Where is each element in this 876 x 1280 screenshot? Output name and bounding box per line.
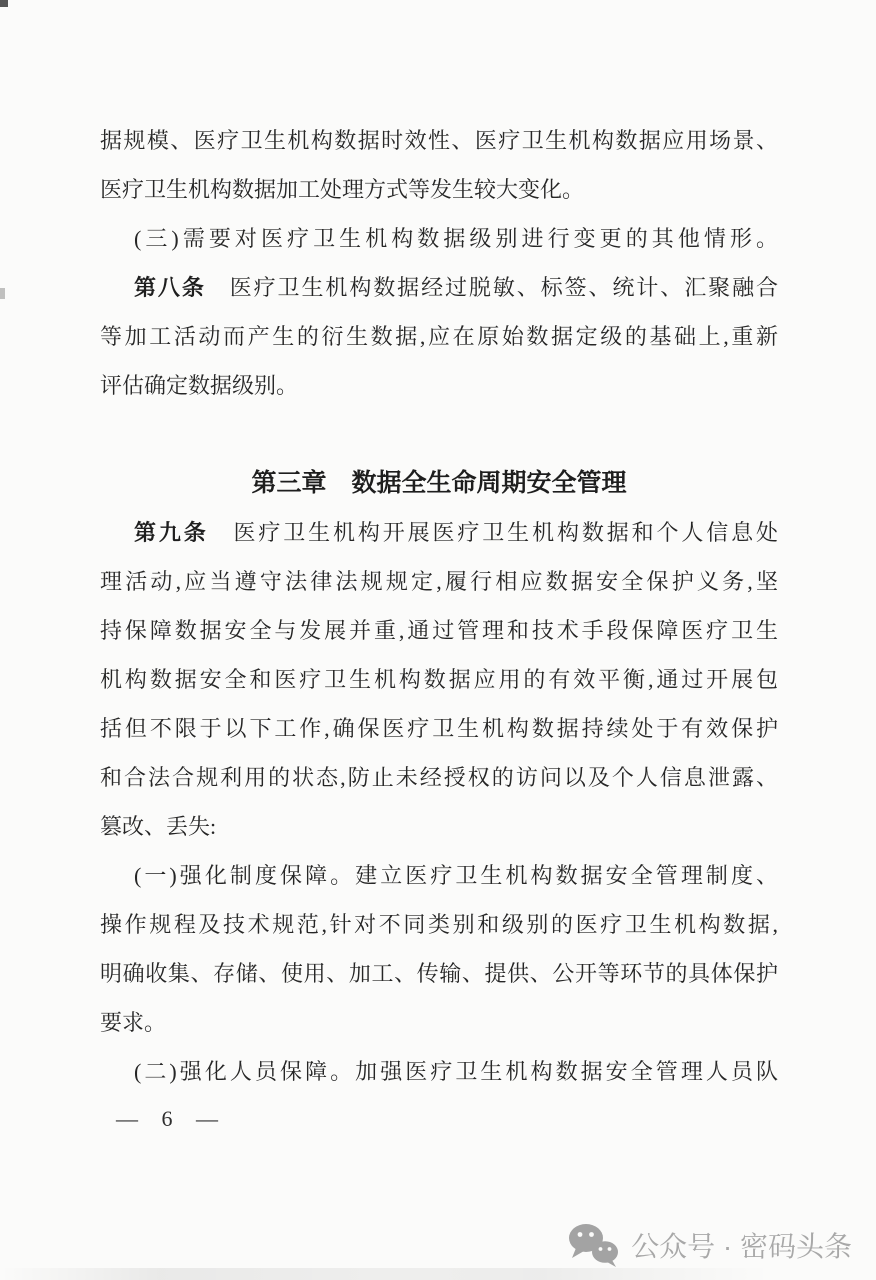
document-line: 要求。: [100, 998, 778, 1047]
document-line: 篡改、丢失:: [100, 802, 778, 851]
document-line: 第八条 医疗卫生机构数据经过脱敏、标签、统计、汇聚融合: [100, 263, 778, 312]
watermark-label: 公众号 · 密码头条: [631, 1225, 852, 1265]
document-line: 明确收集、存储、使用、加工、传输、提供、公开等环节的具体保护: [100, 949, 778, 998]
document-body: 据规模、医疗卫生机构数据时效性、医疗卫生机构数据应用场景、医疗卫生机构数据加工处…: [100, 116, 778, 1096]
document-line: 第九条 医疗卫生机构开展医疗卫生机构数据和个人信息处: [100, 508, 778, 557]
scan-artifact: [0, 0, 8, 7]
document-line: 理活动,应当遵守法律法规规定,履行相应数据安全保护义务,坚: [100, 557, 778, 606]
watermark: 公众号 · 密码头条: [567, 1222, 852, 1268]
chapter-heading: 第三章 数据全生命周期安全管理: [100, 459, 778, 508]
article-number: 第八条: [134, 275, 206, 300]
document-line: 持保障数据安全与发展并重,通过管理和技术手段保障医疗卫生: [100, 606, 778, 655]
document-page: 据规模、医疗卫生机构数据时效性、医疗卫生机构数据应用场景、医疗卫生机构数据加工处…: [0, 0, 876, 1280]
document-line: 评估确定数据级别。: [100, 361, 778, 410]
page-number: — 6 —: [116, 1106, 220, 1132]
document-line: (二)强化人员保障。加强医疗卫生机构数据安全管理人员队: [100, 1047, 778, 1096]
document-line: 操作规程及技术规范,针对不同类别和级别的医疗卫生机构数据,: [100, 900, 778, 949]
document-line: 机构数据安全和医疗卫生机构数据应用的有效平衡,通过开展包: [100, 655, 778, 704]
document-line: (一)强化制度保障。建立医疗卫生机构数据安全管理制度、: [100, 851, 778, 900]
blank-line: [100, 410, 778, 459]
scan-smudge: [0, 1268, 876, 1280]
article-number: 第九条: [134, 520, 209, 545]
document-line: 括但不限于以下工作,确保医疗卫生机构数据持续处于有效保护: [100, 704, 778, 753]
document-line: (三)需要对医疗卫生机构数据级别进行变更的其他情形。: [100, 214, 778, 263]
scan-artifact: [0, 288, 5, 299]
document-line: 等加工活动而产生的衍生数据,应在原始数据定级的基础上,重新: [100, 312, 778, 361]
document-line: 医疗卫生机构数据加工处理方式等发生较大变化。: [100, 165, 778, 214]
document-line: 和合法合规利用的状态,防止未经授权的访问以及个人信息泄露、: [100, 753, 778, 802]
document-line: 据规模、医疗卫生机构数据时效性、医疗卫生机构数据应用场景、: [100, 116, 778, 165]
wechat-logo-icon: [567, 1222, 619, 1268]
